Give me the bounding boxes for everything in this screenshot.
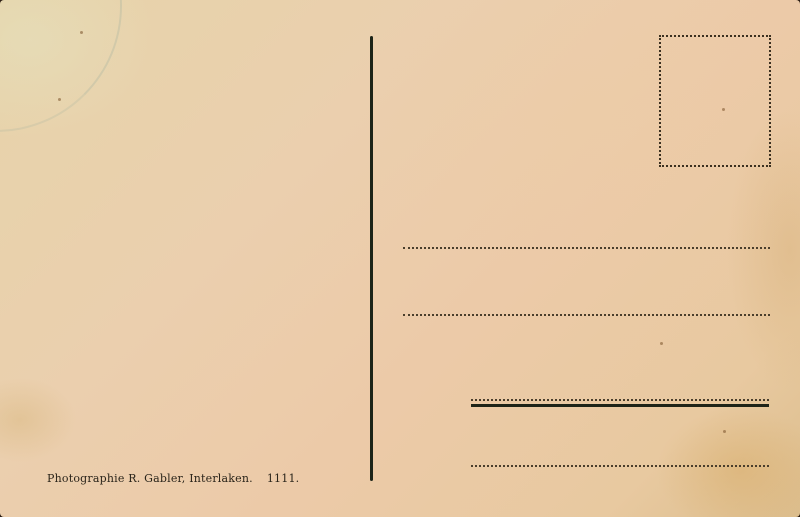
publisher-name: Photographie R. Gabler, Interlaken. [47, 472, 253, 485]
address-line-1 [403, 247, 770, 249]
address-line-2 [403, 314, 770, 316]
foxing-spot [80, 31, 83, 34]
address-solid-underline [471, 404, 769, 407]
address-line-4 [471, 465, 769, 467]
stamp-placement-box [659, 35, 771, 167]
foxing-spot [660, 342, 663, 345]
address-line-3 [471, 399, 769, 401]
message-address-divider [370, 36, 373, 481]
card-number: 1111. [267, 472, 300, 485]
water-stain-arc [0, 0, 122, 132]
foxing-spot [58, 98, 61, 101]
publisher-caption: Photographie R. Gabler, Interlaken.1111. [47, 472, 299, 485]
foxing-spot [723, 430, 726, 433]
postcard-back: Photographie R. Gabler, Interlaken.1111. [0, 0, 800, 517]
